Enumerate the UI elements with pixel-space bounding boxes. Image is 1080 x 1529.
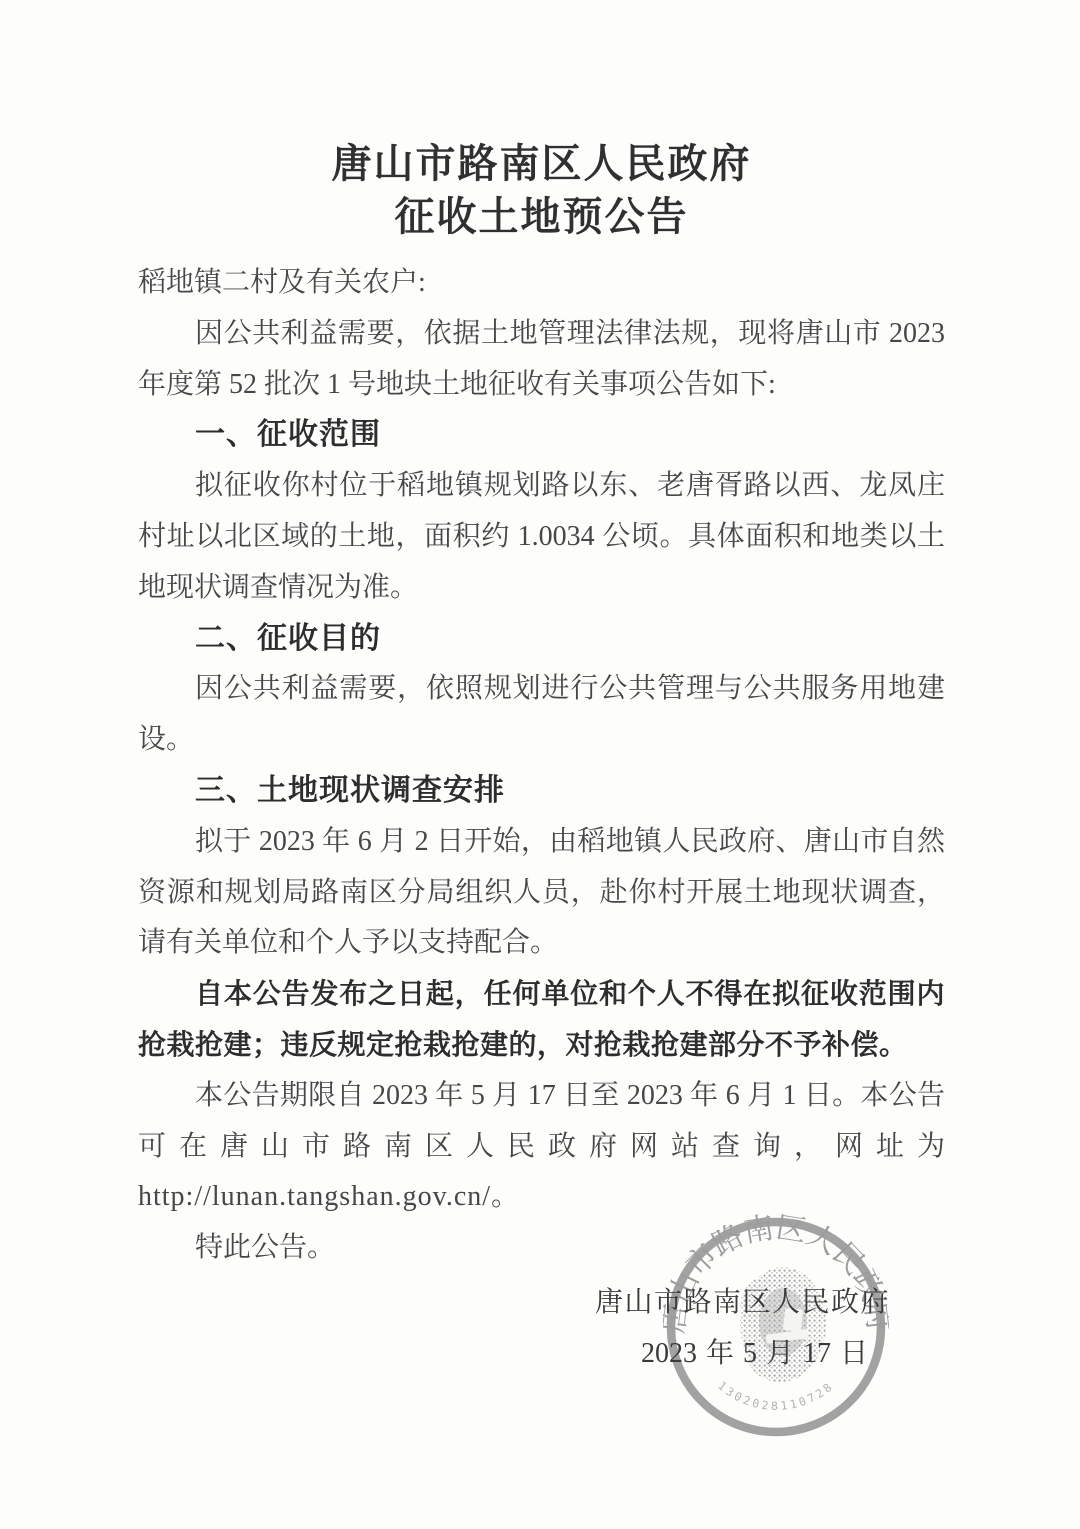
- paragraph-4-line-2: 资源和规划局路南区分局组织人员，赴你村开展土地现状调查，: [138, 868, 945, 919]
- document-body: 唐山市路南区人民政府 征收土地预公告 稻地镇二村及有关农户: 因公共利益需要，依…: [138, 138, 945, 1380]
- paragraph-3-line-1: 因公共利益需要，依照规划进行公共管理与公共服务用地建: [138, 664, 945, 715]
- title-line-2: 征收土地预公告: [138, 191, 945, 244]
- seal-code-node: 1302028110728: [715, 1378, 836, 1413]
- paragraph-1-line-2: 年度第 52 批次 1 号地块土地征收有关事项公告如下:: [138, 360, 945, 411]
- paragraph-3-line-2: 设。: [138, 715, 945, 766]
- paragraph-1-line-1: 因公共利益需要，依据土地管理法律法规，现将唐山市 2023: [138, 309, 945, 360]
- paragraph-4-line-3: 请有关单位和个人予以支持配合。: [138, 918, 945, 969]
- seal-code: 1302028110728: [715, 1378, 836, 1413]
- paragraph-4-line-1: 拟于 2023 年 6 月 2 日开始，由稻地镇人民政府、唐山市自然: [138, 817, 945, 868]
- issue-date: 2023 年 5 月 17 日: [138, 1329, 945, 1380]
- announcement-text: 稻地镇二村及有关农户: 因公共利益需要，依据土地管理法律法规，现将唐山市 202…: [138, 258, 945, 1274]
- paragraph-5-line-2: 抢栽抢建；违反规定抢栽抢建的，对抢栽抢建部分不予补偿。: [138, 1020, 945, 1071]
- paragraph-6-line-2: 可在唐山市路南区人民政府网站查询，网址为: [138, 1122, 945, 1173]
- paragraph-2-line-1: 拟征收你村位于稻地镇规划路以东、老唐胥路以西、龙凤庄: [138, 461, 945, 512]
- paragraph-6-line-1: 本公告期限自 2023 年 5 月 17 日至 2023 年 6 月 1 日。本…: [138, 1071, 945, 1122]
- scanned-announcement-page: 唐山市路南区人民政府 1302028110728 唐山市路南区人民政府 征收土地…: [0, 0, 1080, 1529]
- paragraph-2-line-2: 村址以北区域的土地，面积约 1.0034 公顷。具体面积和地类以土: [138, 512, 945, 563]
- section-heading-2: 二、征收目的: [138, 614, 945, 665]
- salutation: 稻地镇二村及有关农户:: [138, 258, 945, 309]
- section-heading-3: 三、土地现状调查安排: [138, 766, 945, 817]
- issuer-name: 唐山市路南区人民政府: [138, 1278, 945, 1329]
- title-line-1: 唐山市路南区人民政府: [138, 138, 945, 191]
- section-heading-1: 一、征收范围: [138, 410, 945, 461]
- paragraph-2-line-3: 地现状调查情况为准。: [138, 563, 945, 614]
- document-title: 唐山市路南区人民政府 征收土地预公告: [138, 138, 945, 244]
- paragraph-5-line-1: 自本公告发布之日起，任何单位和个人不得在拟征收范围内: [138, 969, 945, 1020]
